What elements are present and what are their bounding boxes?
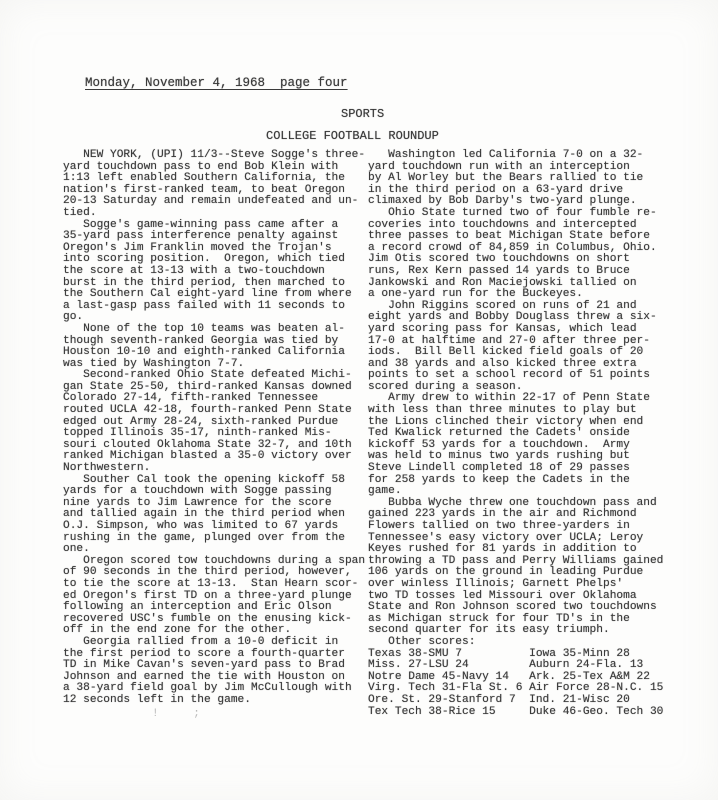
newspaper-page: Monday, November 4, 1968 page four SPORT… [0, 0, 718, 800]
article-title: COLLEGE FOOTBALL ROUNDUP [266, 130, 439, 143]
date-header: Monday, November 4, 1968 page four [85, 76, 348, 90]
typewriter-smudge-mark: ! ; [152, 708, 214, 720]
article-right-column: Washington led California 7-0 on a 32- y… [368, 150, 696, 718]
sports-section-heading: SPORTS [341, 108, 384, 121]
article-left-column: NEW YORK, (UPI) 11/3--Steve Sogge's thre… [63, 150, 375, 707]
